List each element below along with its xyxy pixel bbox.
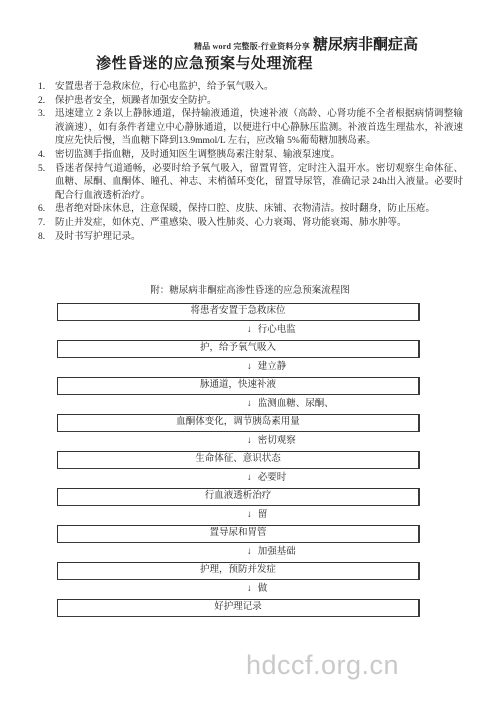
flow-box: 将患者安置于急救床位	[57, 303, 420, 321]
list-item: 1. 安置患者于急救床位，行心电监护，给予氧气吸入。	[38, 81, 463, 95]
list-item: 3. 迅速建立 2 条以上静脉通道，保持输液通道，快速补液（高龄、心肾功能不全者…	[38, 108, 463, 149]
down-arrow-icon: ↓	[247, 510, 252, 520]
flow-arrow-label: 必要时	[258, 473, 287, 483]
flow-arrow-row: ↓留	[57, 506, 420, 525]
list-item-text: 安置患者于急救床位，行心电监护，给予氧气吸入。	[55, 81, 463, 95]
flow-arrow-row: ↓做	[57, 580, 420, 599]
flow-arrow-row: ↓行心电监	[57, 321, 420, 340]
flow-arrow-label: 做	[258, 584, 268, 594]
list-item-number: 3.	[38, 108, 55, 149]
list-item-text: 患者绝对卧床休息，注意保暖，保持口腔、皮肤、床铺、衣物清洁。按时翻身，防止压疮。	[55, 203, 463, 217]
list-item-text: 及时书写护理记录。	[55, 231, 463, 245]
list-item-number: 6.	[38, 203, 55, 217]
flow-step: 生命体征、意识状态 ↓必要时	[57, 451, 420, 488]
flowchart: 将患者安置于急救床位 ↓行心电监 护，给予氧气吸入 ↓建立静 脉通道，快速补液 …	[57, 303, 420, 617]
list-item-number: 8.	[38, 231, 55, 245]
down-arrow-icon: ↓	[247, 436, 252, 446]
flow-arrow-label: 密切观察	[258, 436, 296, 446]
list-item: 7. 防止并发症，如休克、严重感染、吸入性肺炎、心力衰竭、肾功能衰竭、肺水肿等。	[38, 217, 463, 231]
flow-box: 脉通道，快速补液	[57, 377, 420, 395]
flow-box: 行血液透析治疗	[57, 488, 420, 506]
flow-arrow-label: 监测血糖、尿酮、	[258, 399, 334, 409]
down-arrow-icon: ↓	[247, 325, 252, 335]
list-item: 4. 密切监测手指血糖，及时通知医生调整胰岛素注射泵、输液泵速度。	[38, 149, 463, 163]
down-arrow-icon: ↓	[247, 473, 252, 483]
flow-box: 生命体征、意识状态	[57, 451, 420, 469]
down-arrow-icon: ↓	[247, 362, 252, 372]
flow-arrow-label: 行心电监	[258, 325, 296, 335]
flow-box: 血酮体变化，调节胰岛素用量	[57, 414, 420, 432]
flow-step: 将患者安置于急救床位 ↓行心电监	[57, 303, 420, 340]
flow-step: 护理，预防并发症 ↓做	[57, 562, 420, 599]
flow-box-text: 将患者安置于急救床位	[190, 306, 285, 316]
flow-arrow-label: 建立静	[258, 362, 287, 372]
flowchart-caption: 附：糖尿病非酮症高渗性昏迷的应急预案流程图	[0, 285, 500, 298]
flow-step: 血酮体变化，调节胰岛素用量 ↓密切观察	[57, 414, 420, 451]
list-item-number: 5.	[38, 163, 55, 204]
list-item-text: 密切监测手指血糖，及时通知医生调整胰岛素注射泵、输液泵速度。	[55, 149, 463, 163]
flow-box-text: 护理，预防并发症	[200, 565, 276, 575]
flow-arrow-label: 加强基础	[258, 547, 296, 557]
flow-box: 护理，预防并发症	[57, 562, 420, 580]
promo-prefix-text: 精品 word 完整版-行业资料分享	[194, 42, 310, 51]
list-item-text: 防止并发症，如休克、严重感染、吸入性肺炎、心力衰竭、肾功能衰竭、肺水肿等。	[55, 217, 463, 231]
list-item-number: 7.	[38, 217, 55, 231]
flow-step: 脉通道，快速补液 ↓监测血糖、尿酮、	[57, 377, 420, 414]
page-title-part1: 糖尿病非酮症高	[313, 37, 418, 53]
title-line-1: 精品 word 完整版-行业资料分享糖尿病非酮症高	[96, 36, 418, 56]
doc-header: 精品 word 完整版-行业资料分享糖尿病非酮症高 渗性昏迷的应急预案与处理流程	[96, 36, 418, 73]
flow-arrow-row: ↓建立静	[57, 358, 420, 377]
flow-arrow-row: ↓监测血糖、尿酮、	[57, 395, 420, 414]
flow-step: 行血液透析治疗 ↓留	[57, 488, 420, 525]
list-item-text: 迅速建立 2 条以上静脉通道，保持输液通道，快速补液（高龄、心肾功能不全者根据病…	[55, 108, 463, 149]
down-arrow-icon: ↓	[247, 584, 252, 594]
list-item: 6. 患者绝对卧床休息，注意保暖，保持口腔、皮肤、床铺、衣物清洁。按时翻身，防止…	[38, 203, 463, 217]
flow-arrow-row: ↓必要时	[57, 469, 420, 488]
flow-box-text: 脉通道，快速补液	[200, 380, 276, 390]
list-item: 2. 保护患者安全，烦躁者加强安全防护。	[38, 95, 463, 109]
list-item-text: 保护患者安全，烦躁者加强安全防护。	[55, 95, 463, 109]
list-item: 8. 及时书写护理记录。	[38, 231, 463, 245]
flow-box-text: 好护理记录	[214, 602, 262, 612]
list-item-number: 1.	[38, 81, 55, 95]
flow-box: 好护理记录	[57, 599, 420, 617]
document-page: 精品 word 完整版-行业资料分享糖尿病非酮症高 渗性昏迷的应急预案与处理流程…	[0, 0, 500, 707]
down-arrow-icon: ↓	[247, 547, 252, 557]
flow-box-text: 血酮体变化，调节胰岛素用量	[176, 417, 300, 427]
flow-arrow-label: 留	[258, 510, 268, 520]
numbered-list: 1. 安置患者于急救床位，行心电监护，给予氧气吸入。 2. 保护患者安全，烦躁者…	[38, 81, 463, 244]
flow-box: 护，给予氧气吸入	[57, 340, 420, 358]
flow-box-text: 行血液透析治疗	[205, 491, 272, 501]
flow-step: 护，给予氧气吸入 ↓建立静	[57, 340, 420, 377]
down-arrow-icon: ↓	[247, 399, 252, 409]
flow-box: 置导尿和胃管	[57, 525, 420, 543]
list-item-number: 4.	[38, 149, 55, 163]
flow-step: 置导尿和胃管 ↓加强基础	[57, 525, 420, 562]
list-item-text: 昏迷者保持气道通畅，必要时给予氧气吸入，留置胃管，定时注入温开水。密切观察生命体…	[55, 163, 463, 204]
flow-box-text: 护，给予氧气吸入	[200, 343, 276, 353]
list-item-number: 2.	[38, 95, 55, 109]
flow-box-text: 生命体征、意识状态	[195, 454, 281, 464]
list-item: 5. 昏迷者保持气道通畅，必要时给予氧气吸入，留置胃管，定时注入温开水。密切观察…	[38, 163, 463, 204]
flow-step: 好护理记录 ↓	[57, 599, 420, 617]
watermark-text: hdccf.org.cn	[246, 650, 399, 681]
page-title-part2: 渗性昏迷的应急预案与处理流程	[96, 56, 418, 73]
flow-arrow-row: ↓密切观察	[57, 432, 420, 451]
flow-arrow-row: ↓加强基础	[57, 543, 420, 562]
flow-box-text: 置导尿和胃管	[209, 528, 266, 538]
